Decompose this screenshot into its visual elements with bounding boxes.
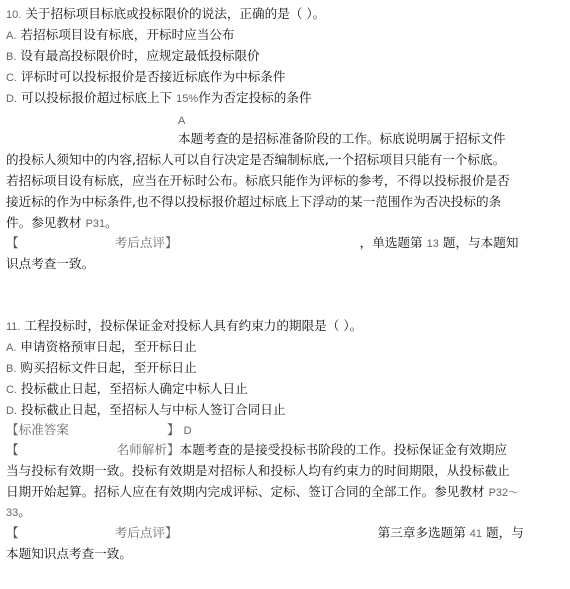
q10-stem: 10. 关于招标项目标底或投标限价的说法，正确的是（ ）。	[6, 4, 325, 24]
q11-analysis-line-4: 33。	[6, 502, 31, 522]
q11-analysis-label: 名师解析】	[117, 442, 180, 457]
q10-answer: A	[178, 110, 185, 130]
q10-option-d: D. 可以投标报价超过标底上下 15%作为否定投标的条件	[6, 88, 312, 108]
q10-review: 【 考后点评】 ，单选题第 13 题，与本题知	[6, 233, 518, 253]
q11-option-b: B. 购买招标文件日起，至开标日止	[6, 358, 197, 378]
q10-review-label: 考后点评】	[115, 235, 178, 250]
q11-stem-text: 工程投标时，投标保证金对投标人具有约束力的期限是（ ）。	[25, 318, 363, 333]
q10-analysis-line-3: 若招标项目设有标底，应当在开标时公布。标底只能作为评标的参考，不得以投标报价是否	[6, 171, 510, 191]
q11-option-a: A. 申请资格预审日起，至开标日止	[6, 337, 197, 357]
q10-analysis-line-2: 的投标人须知中的内容,招标人可以自行决定是否编制标底,一个招标项目只能有一个标底…	[6, 150, 505, 170]
q10-option-c: C. 评标时可以投标报价是否接近标底作为中标条件	[6, 67, 285, 87]
q11-review: 【 考后点评】 第三章多选题第 41 题，与	[6, 523, 524, 543]
q11-option-c: C. 投标截止日起，至招标人确定中标人日止	[6, 379, 248, 399]
q11-analysis-line-1: 【 名师解析】本题考查的是接受投标书阶段的工作。投标保证金有效期应	[6, 440, 507, 460]
q11-page-ref: P32～	[489, 487, 520, 499]
q11-answer-row: 【标准答案 】 D	[6, 420, 192, 440]
q10-review-line-2: 识点考查一致。	[6, 254, 94, 274]
q10-number: 10.	[6, 9, 21, 21]
q10-option-a: A. 若招标项目设有标底，开标时应当公布	[6, 25, 235, 45]
q10-analysis-line-4: 接近标的作为中标条件,也不得以投标报价超过标底上下浮动的某一范围作为否决投标的条	[6, 192, 501, 212]
q11-number: 11.	[6, 321, 20, 333]
q11-analysis-line-3: 日期开始起算。招标人应在有效期内完成评标、定标、签订合同的全部工作。参见教材 P…	[6, 482, 519, 502]
q10-analysis-line-1: 本题考查的是招标准备阶段的工作。标底说明属于招标文件	[178, 129, 505, 149]
q11-review-label: 考后点评】	[115, 525, 178, 540]
q11-stem: 11. 工程投标时，投标保证金对投标人具有约束力的期限是（ ）。	[6, 316, 362, 336]
q11-analysis-line-2: 当与投标有效期一致。投标有效期是对招标人和投标人均有约束力的时间期限，从投标截止	[6, 461, 510, 481]
q10-page-ref: P31	[86, 218, 106, 230]
q11-answer: D	[184, 425, 192, 437]
q10-stem-text: 关于招标项目标底或投标限价的说法，正确的是（ ）。	[25, 6, 325, 21]
q10-analysis-line-5: 件。参见教材 P31。	[6, 213, 118, 233]
q11-answer-label: 【标准答案	[6, 422, 69, 437]
q11-option-d: D. 投标截止日起，至招标人与中标人签订合同日止	[6, 400, 285, 420]
q10-option-b: B. 设有最高投标限价时，应规定最低投标限价	[6, 46, 260, 66]
q11-review-line-2: 本题知识点考查一致。	[6, 544, 132, 564]
